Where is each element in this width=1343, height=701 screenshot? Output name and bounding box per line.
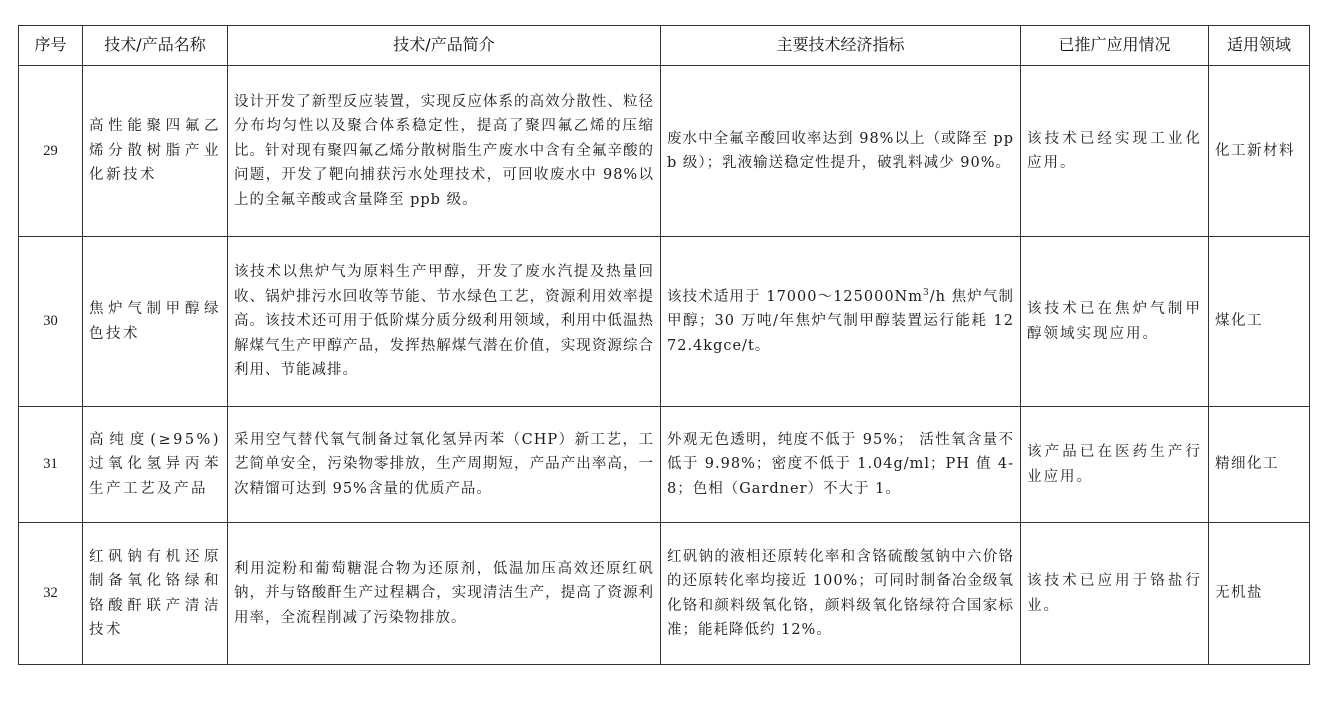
cell-no: 29 [19,66,83,237]
metrics-superscript: 3 [923,288,930,298]
cell-no: 30 [19,237,83,407]
table-header-row: 序号 技术/产品名称 技术/产品简介 主要技术经济指标 已推广应用情况 适用领域 [19,26,1310,66]
header-intro: 技术/产品简介 [228,26,661,66]
cell-intro: 采用空气替代氧气制备过氧化氢异丙苯（CHP）新工艺，工艺简单安全，污染物零排放，… [228,407,661,523]
table-row: 31 高纯度(≥95%)过氧化氢异丙苯生产工艺及产品 采用空气替代氧气制备过氧化… [19,407,1310,523]
cell-name: 红矾钠有机还原制备氧化铬绿和铬酸酐联产清洁技术 [83,523,228,665]
cell-no: 31 [19,407,83,523]
cell-metrics: 该技术适用于 17000～125000Nm3/h 焦炉气制甲醇；30 万吨/年焦… [661,237,1021,407]
cell-name: 焦炉气制甲醇绿色技术 [83,237,228,407]
cell-name: 高纯度(≥95%)过氧化氢异丙苯生产工艺及产品 [83,407,228,523]
cell-field: 无机盐 [1209,523,1310,665]
header-status: 已推广应用情况 [1021,26,1209,66]
cell-metrics: 废水中全氟辛酸回收率达到 98%以上（或降至 ppb 级）；乳液输送稳定性提升，… [661,66,1021,237]
cell-field: 精细化工 [1209,407,1310,523]
cell-metrics: 外观无色透明，纯度不低于 95%； 活性氧含量不低于 9.98%；密度不低于 1… [661,407,1021,523]
cell-status: 该技术已在焦炉气制甲醇领域实现应用。 [1021,237,1209,407]
cell-field: 煤化工 [1209,237,1310,407]
cell-no: 32 [19,523,83,665]
header-metrics: 主要技术经济指标 [661,26,1021,66]
cell-metrics: 红矾钠的液相还原转化率和含铬硫酸氢钠中六价铬的还原转化率均接近 100%；可同时… [661,523,1021,665]
header-name: 技术/产品名称 [83,26,228,66]
cell-status: 该技术已经实现工业化应用。 [1021,66,1209,237]
cell-intro: 该技术以焦炉气为原料生产甲醇，开发了废水汽提及热量回收、锅炉排污水回收等节能、节… [228,237,661,407]
cell-field: 化工新材料 [1209,66,1310,237]
table-row: 32 红矾钠有机还原制备氧化铬绿和铬酸酐联产清洁技术 利用淀粉和葡萄糖混合物为还… [19,523,1310,665]
metrics-text-pre: 该技术适用于 17000～125000Nm [667,289,923,305]
cell-name: 高性能聚四氟乙烯分散树脂产业化新技术 [83,66,228,237]
cell-status: 该技术已应用于铬盐行业。 [1021,523,1209,665]
technology-catalog-table: 序号 技术/产品名称 技术/产品简介 主要技术经济指标 已推广应用情况 适用领域… [18,25,1310,665]
cell-intro: 设计开发了新型反应装置，实现反应体系的高效分散性、粒径分布均匀性以及聚合体系稳定… [228,66,661,237]
cell-status: 该产品已在医药生产行业应用。 [1021,407,1209,523]
table-row: 29 高性能聚四氟乙烯分散树脂产业化新技术 设计开发了新型反应装置，实现反应体系… [19,66,1310,237]
table-row: 30 焦炉气制甲醇绿色技术 该技术以焦炉气为原料生产甲醇，开发了废水汽提及热量回… [19,237,1310,407]
header-field: 适用领域 [1209,26,1310,66]
header-no: 序号 [19,26,83,66]
cell-intro: 利用淀粉和葡萄糖混合物为还原剂，低温加压高效还原红矾钠，并与铬酸酐生产过程耦合，… [228,523,661,665]
